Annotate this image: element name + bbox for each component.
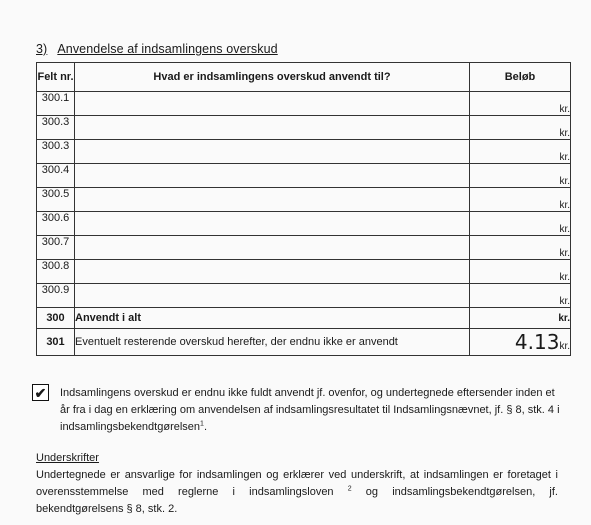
currency-label: kr.	[559, 200, 570, 211]
currency-label: kr.	[559, 248, 570, 259]
row-felt: 300.1	[37, 92, 75, 116]
table-row: 300.4kr.	[37, 164, 571, 188]
row-felt: 300.4	[37, 164, 75, 188]
row-felt: 300.3	[37, 116, 75, 140]
remaining-amount-value: 4.13	[515, 330, 560, 354]
table-row: 300.5kr.	[37, 188, 571, 212]
row-amount-field[interactable]: kr.	[470, 140, 571, 164]
currency-label: kr.	[559, 224, 570, 235]
row-description-field[interactable]	[75, 116, 470, 140]
row-description-field[interactable]	[75, 140, 470, 164]
row-description-field[interactable]	[75, 260, 470, 284]
table-row: 300.3kr.	[37, 140, 571, 164]
total-amount-field[interactable]: kr.	[470, 308, 571, 329]
header-felt: Felt nr.	[37, 63, 75, 92]
currency-label: kr.	[559, 272, 570, 283]
currency-label: kr.	[559, 104, 570, 115]
row-description-field[interactable]	[75, 92, 470, 116]
row-felt: 300.9	[37, 284, 75, 308]
remaining-felt: 301	[37, 329, 75, 356]
row-amount-field[interactable]: kr.	[470, 116, 571, 140]
declaration-checkbox[interactable]: ✔	[32, 384, 49, 401]
total-description: Anvendt i alt	[75, 308, 470, 329]
currency-label: kr.	[558, 313, 570, 324]
table-row: 300.9kr.	[37, 284, 571, 308]
signatures-text: Undertegnede er ansvarlige for indsamlin…	[36, 467, 558, 518]
row-felt: 300.6	[37, 212, 75, 236]
section-heading: Anvendelse af indsamlingens overskud	[57, 42, 277, 56]
currency-label: kr.	[559, 341, 570, 352]
currency-label: kr.	[559, 176, 570, 187]
row-felt: 300.8	[37, 260, 75, 284]
row-amount-field[interactable]: kr.	[470, 236, 571, 260]
row-felt: 300.5	[37, 188, 75, 212]
section-title: 3)Anvendelse af indsamlingens overskud	[36, 42, 278, 56]
table-row: 300.1kr.	[37, 92, 571, 116]
row-felt: 300.7	[37, 236, 75, 260]
table-header-row: Felt nr. Hvad er indsamlingens overskud …	[37, 63, 571, 92]
remaining-row: 301 Eventuelt resterende overskud hereft…	[37, 329, 571, 356]
row-amount-field[interactable]: kr.	[470, 284, 571, 308]
row-description-field[interactable]	[75, 188, 470, 212]
row-description-field[interactable]	[75, 236, 470, 260]
checkmark-icon: ✔	[35, 386, 47, 400]
remaining-amount-field[interactable]: 4.13kr.	[470, 329, 571, 356]
remaining-description: Eventuelt resterende overskud herefter, …	[75, 329, 470, 356]
row-amount-field[interactable]: kr.	[470, 92, 571, 116]
currency-label: kr.	[559, 296, 570, 307]
total-felt: 300	[37, 308, 75, 329]
currency-label: kr.	[559, 152, 570, 163]
table-row: 300.6kr.	[37, 212, 571, 236]
row-amount-field[interactable]: kr.	[470, 164, 571, 188]
surplus-usage-table: Felt nr. Hvad er indsamlingens overskud …	[36, 62, 571, 356]
row-description-field[interactable]	[75, 284, 470, 308]
row-amount-field[interactable]: kr.	[470, 212, 571, 236]
table-row: 300.3kr.	[37, 116, 571, 140]
row-description-field[interactable]	[75, 164, 470, 188]
declaration-text: Indsamlingens overskud er endnu ikke ful…	[60, 385, 560, 436]
header-amount: Beløb	[470, 63, 571, 92]
row-felt: 300.3	[37, 140, 75, 164]
section-number: 3)	[36, 42, 47, 56]
row-amount-field[interactable]: kr.	[470, 260, 571, 284]
currency-label: kr.	[559, 128, 570, 139]
table-row: 300.7kr.	[37, 236, 571, 260]
table-row: 300.8kr.	[37, 260, 571, 284]
total-row: 300 Anvendt i alt kr.	[37, 308, 571, 329]
row-description-field[interactable]	[75, 212, 470, 236]
signatures-title: Underskrifter	[36, 452, 99, 464]
header-description: Hvad er indsamlingens overskud anvendt t…	[75, 63, 470, 92]
row-amount-field[interactable]: kr.	[470, 188, 571, 212]
